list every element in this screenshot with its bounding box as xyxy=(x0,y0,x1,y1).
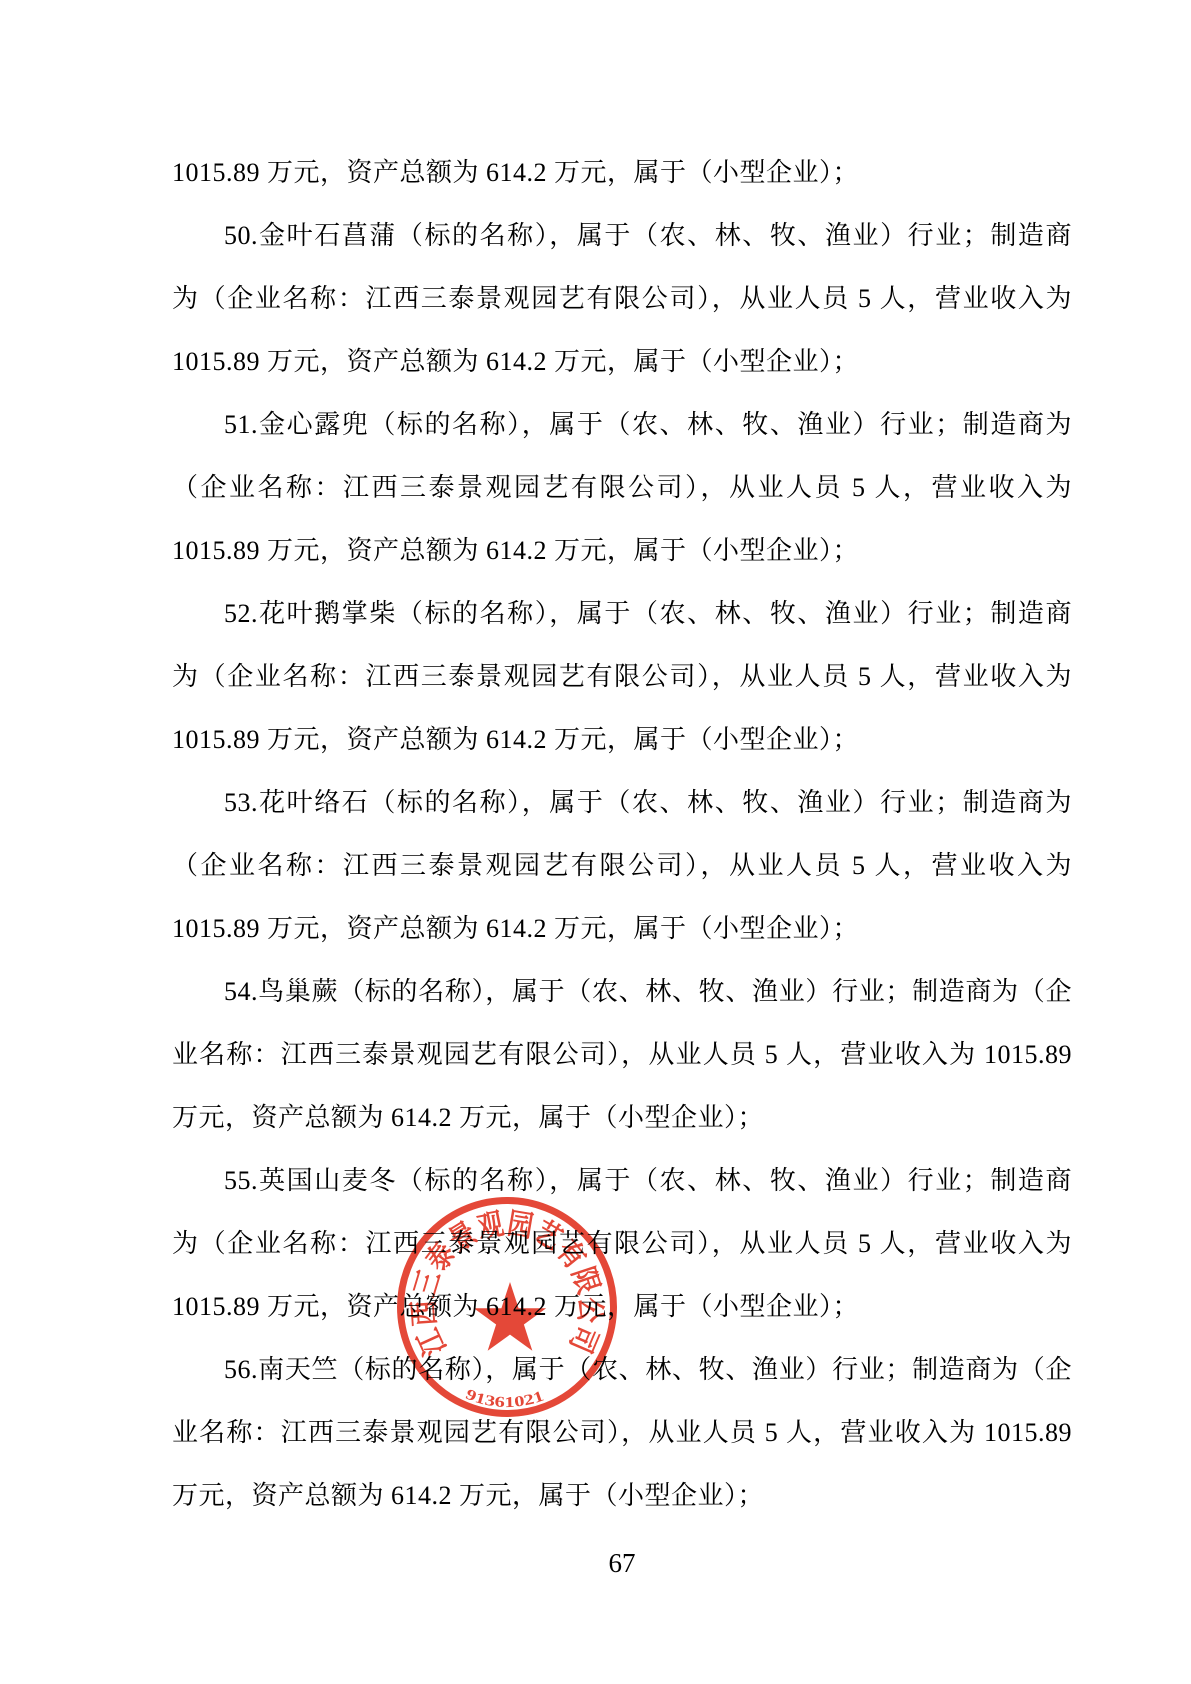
text-line: 1015.89 万元，资产总额为 614.2 万元，属于（小型企业）； xyxy=(172,141,1072,204)
document-page: 1015.89 万元，资产总额为 614.2 万元，属于（小型企业）；50.金叶… xyxy=(0,0,1191,1684)
text-line: （企业名称：江西三泰景观园艺有限公司），从业人员 5 人，营业收入为 xyxy=(172,456,1072,519)
text-line: 为（企业名称：江西三泰景观园艺有限公司），从业人员 5 人，营业收入为 xyxy=(172,267,1072,330)
text-line: 万元，资产总额为 614.2 万元，属于（小型企业）； xyxy=(172,1464,1072,1527)
text-line: 业名称：江西三泰景观园艺有限公司），从业人员 5 人，营业收入为 1015.89 xyxy=(172,1401,1072,1464)
text-line: 1015.89 万元，资产总额为 614.2 万元，属于（小型企业）； xyxy=(172,519,1072,582)
text-line: 为（企业名称：江西三泰景观园艺有限公司），从业人员 5 人，营业收入为 xyxy=(172,645,1072,708)
page-number: 67 xyxy=(172,1548,1072,1579)
text-line: 53.花叶络石（标的名称），属于（农、林、牧、渔业）行业；制造商为 xyxy=(172,771,1072,834)
text-line: 1015.89 万元，资产总额为 614.2 万元，属于（小型企业）； xyxy=(172,897,1072,960)
text-line: 51.金心露兜（标的名称），属于（农、林、牧、渔业）行业；制造商为 xyxy=(172,393,1072,456)
text-line: 为（企业名称：江西三泰景观园艺有限公司），从业人员 5 人，营业收入为 xyxy=(172,1212,1072,1275)
text-line: 1015.89 万元，资产总额为 614.2 万元，属于（小型企业）； xyxy=(172,708,1072,771)
text-line: 54.鸟巢蕨（标的名称），属于（农、林、牧、渔业）行业；制造商为（企 xyxy=(172,960,1072,1023)
document-body: 1015.89 万元，资产总额为 614.2 万元，属于（小型企业）；50.金叶… xyxy=(172,141,1072,1527)
text-line: 55.英国山麦冬（标的名称），属于（农、林、牧、渔业）行业；制造商 xyxy=(172,1149,1072,1212)
text-line: （企业名称：江西三泰景观园艺有限公司），从业人员 5 人，营业收入为 xyxy=(172,834,1072,897)
text-line: 52.花叶鹅掌柴（标的名称），属于（农、林、牧、渔业）行业；制造商 xyxy=(172,582,1072,645)
text-line: 业名称：江西三泰景观园艺有限公司），从业人员 5 人，营业收入为 1015.89 xyxy=(172,1023,1072,1086)
text-line: 万元，资产总额为 614.2 万元，属于（小型企业）； xyxy=(172,1086,1072,1149)
text-line: 1015.89 万元，资产总额为 614.2 万元，属于（小型企业）； xyxy=(172,1275,1072,1338)
text-line: 56.南天竺（标的名称），属于（农、林、牧、渔业）行业；制造商为（企 xyxy=(172,1338,1072,1401)
text-line: 1015.89 万元，资产总额为 614.2 万元，属于（小型企业）； xyxy=(172,330,1072,393)
text-line: 50.金叶石菖蒲（标的名称），属于（农、林、牧、渔业）行业；制造商 xyxy=(172,204,1072,267)
